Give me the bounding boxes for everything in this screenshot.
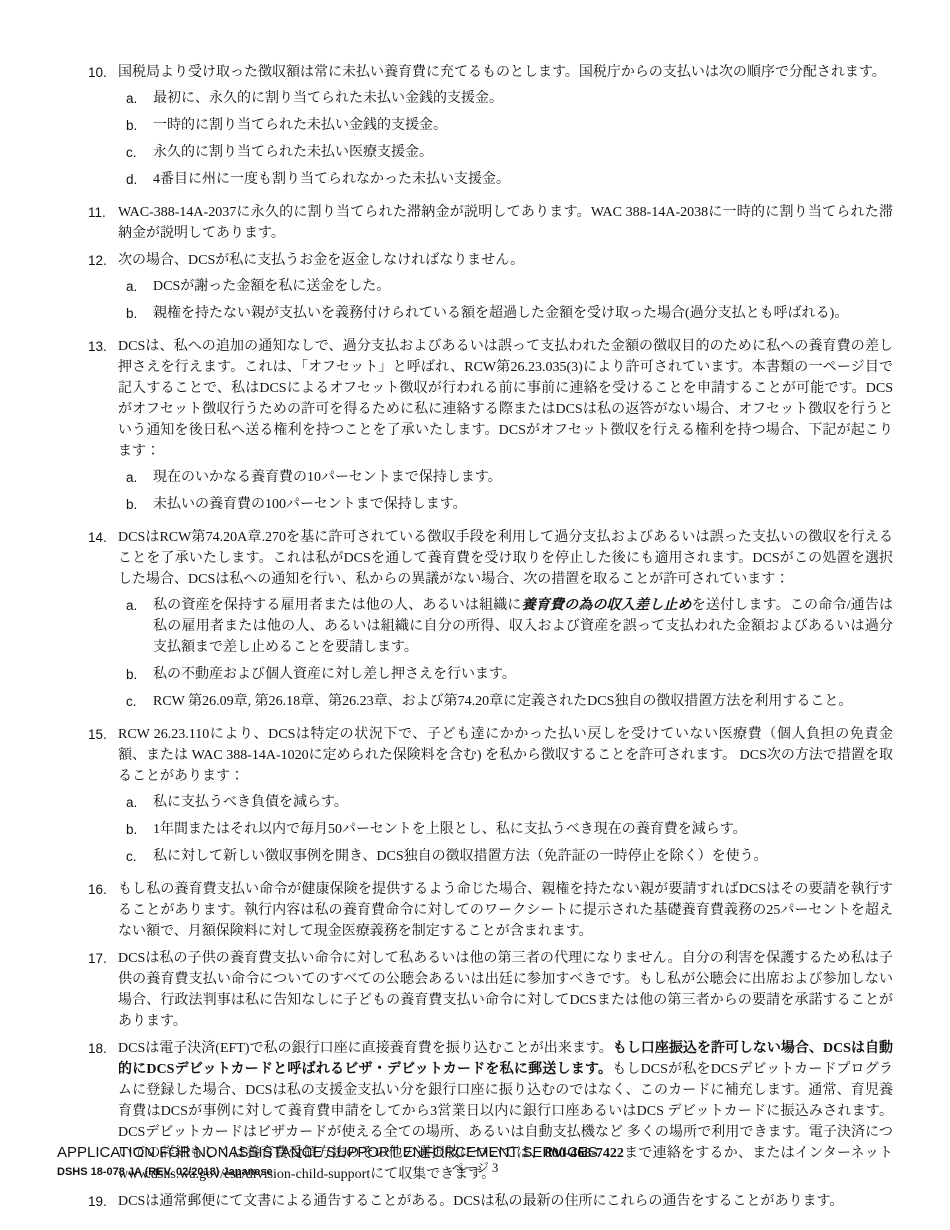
sub-item: c.永久的に割り当てられた未払い医療支援金。: [126, 142, 893, 163]
sub-item: b.私の不動産および個人資産に対し差し押さえを行います。: [126, 664, 893, 685]
sub-letter: d.: [126, 169, 153, 190]
item-text: 次の場合、DCSが私に支払うお金を返金しなければなりません。: [118, 250, 893, 271]
sub-text: 私の不動産および個人資産に対し差し押さえを行います。: [153, 664, 893, 685]
form-title: APPLICATION FOR NONASSISTANCE SUPPORT EN…: [57, 1144, 893, 1161]
item-text: DCSはRCW第74.20A章.270を基に許可されている徴収手段を利用して過分…: [118, 527, 893, 590]
item-body: RCW 26.23.110により、DCSは特定の状況下で、子ども達にかかった払い…: [118, 724, 893, 873]
sub-item: c.私に対して新しい徴収事例を開き、DCS独自の徴収措置方法（免許証の一時停止を…: [126, 846, 893, 867]
sub-item: b.未払いの養育費の100パーセントまで保持します。: [126, 494, 893, 515]
sub-text: 私に対して新しい徴収事例を開き、DCS独自の徴収措置方法（免許証の一時停止を除く…: [153, 846, 893, 867]
list-item-17: 17. DCSは私の子供の養育費支払い命令に対して私あるいは他の第三者の代理にな…: [88, 948, 893, 1032]
sub-text-segment: 私の資産を保持する雇用者または他の人、あるいは組織に: [153, 598, 522, 613]
sub-letter: b.: [126, 494, 153, 515]
sub-letter: c.: [126, 846, 153, 867]
sub-item: b.親権を持たない親が支払いを義務付けられている額を超過した金額を受け取った場合…: [126, 303, 893, 324]
item-text: もし私の養育費支払い命令が健康保険を提供するよう命じた場合、親権を持たない親が要…: [118, 879, 893, 942]
sub-letter: a.: [126, 88, 153, 109]
sub-item: a.私の資産を保持する雇用者または他の人、あるいは組織に養育費の為の収入差し止め…: [126, 595, 893, 658]
page-footer: APPLICATION FOR NONASSISTANCE SUPPORT EN…: [57, 1144, 893, 1177]
item-number: 13.: [88, 336, 118, 521]
sub-item: b.1年間またはそれ以内で毎月50パーセントを上限とし、私に支払うべき現在の養育…: [126, 819, 893, 840]
sub-item: c.RCW 第26.09章, 第26.18章、第26.23章、および第74.20…: [126, 691, 893, 712]
item-text: DCSは通常郵便にて文書による通告することがある。DCSは私の最新の住所にこれら…: [118, 1191, 893, 1212]
form-id: DSHS 18-078 JA (REV. 02/2018) Japanese: [57, 1166, 273, 1178]
sub-letter: b.: [126, 303, 153, 324]
sub-item: a.DCSが謝った金額を私に送金をした。: [126, 276, 893, 297]
numbered-list: 10. 国税局より受け取った徴収額は常に未払い養育費に充てるものとします。国税庁…: [0, 0, 950, 1212]
sub-letter: c.: [126, 142, 153, 163]
sub-letter: b.: [126, 819, 153, 840]
item-text: RCW 26.23.110により、DCSは特定の状況下で、子ども達にかかった払い…: [118, 724, 893, 787]
item-body: DCSは、私への追加の通知なしで、過分支払およびあるいは誤って支払われた金額の徴…: [118, 336, 893, 521]
sub-text: 最初に、永久的に割り当てられた未払い金銭的支援金。: [153, 88, 893, 109]
sub-item: d.4番目に州に一度も割り当てられなかった未払い支援金。: [126, 169, 893, 190]
sub-text: DCSが謝った金額を私に送金をした。: [153, 276, 893, 297]
list-item-15: 15. RCW 26.23.110により、DCSは特定の状況下で、子ども達にかか…: [88, 724, 893, 873]
item-number: 17.: [88, 948, 118, 1032]
sub-text: 4番目に州に一度も割り当てられなかった未払い支援金。: [153, 169, 893, 190]
item-body: もし私の養育費支払い命令が健康保険を提供するよう命じた場合、親権を持たない親が要…: [118, 879, 893, 942]
list-item-19: 19. DCSは通常郵便にて文書による通告することがある。DCSは私の最新の住所…: [88, 1191, 893, 1212]
item-number: 10.: [88, 62, 118, 196]
item-number: 15.: [88, 724, 118, 873]
emphasized-term: 養育費の為の収入差し止め: [522, 598, 692, 613]
list-item-13: 13. DCSは、私への追加の通知なしで、過分支払およびあるいは誤って支払われた…: [88, 336, 893, 521]
item-body: 次の場合、DCSが私に支払うお金を返金しなければなりません。 a.DCSが謝った…: [118, 250, 893, 330]
sub-letter: a.: [126, 467, 153, 488]
list-item-12: 12. 次の場合、DCSが私に支払うお金を返金しなければなりません。 a.DCS…: [88, 250, 893, 330]
item-number: 16.: [88, 879, 118, 942]
sub-item: a.私に支払うべき負債を減らす。: [126, 792, 893, 813]
item-body: DCSは私の子供の養育費支払い命令に対して私あるいは他の第三者の代理になりません…: [118, 948, 893, 1032]
sub-text: 一時的に割り当てられた未払い金銭的支援金。: [153, 115, 893, 136]
sub-text: RCW 第26.09章, 第26.18章、第26.23章、および第74.20章に…: [153, 691, 893, 712]
sub-text: 親権を持たない親が支払いを義務付けられている額を超過した金額を受け取った場合(過…: [153, 303, 893, 324]
sub-list: a.私に支払うべき負債を減らす。 b.1年間またはそれ以内で毎月50パーセントを…: [126, 792, 893, 867]
sub-text: 未払いの養育費の100パーセントまで保持します。: [153, 494, 893, 515]
item-body: DCSは通常郵便にて文書による通告することがある。DCSは私の最新の住所にこれら…: [118, 1191, 893, 1212]
item-body: DCSはRCW第74.20A章.270を基に許可されている徴収手段を利用して過分…: [118, 527, 893, 718]
item-number: 12.: [88, 250, 118, 330]
sub-list: a.私の資産を保持する雇用者または他の人、あるいは組織に養育費の為の収入差し止め…: [126, 595, 893, 712]
item-number: 14.: [88, 527, 118, 718]
list-item-16: 16. もし私の養育費支払い命令が健康保険を提供するよう命じた場合、親権を持たな…: [88, 879, 893, 942]
list-item-10: 10. 国税局より受け取った徴収額は常に未払い養育費に充てるものとします。国税庁…: [88, 62, 893, 196]
item-number: 19.: [88, 1191, 118, 1212]
sub-item: b.一時的に割り当てられた未払い金銭的支援金。: [126, 115, 893, 136]
sub-text: 永久的に割り当てられた未払い医療支援金。: [153, 142, 893, 163]
list-item-14: 14. DCSはRCW第74.20A章.270を基に許可されている徴収手段を利用…: [88, 527, 893, 718]
sub-letter: a.: [126, 595, 153, 658]
sub-text: 私に支払うべき負債を減らす。: [153, 792, 893, 813]
item-number: 11.: [88, 202, 118, 244]
item-text: DCSは、私への追加の通知なしで、過分支払およびあるいは誤って支払われた金額の徴…: [118, 336, 893, 462]
sub-letter: a.: [126, 792, 153, 813]
footer-row: DSHS 18-078 JA (REV. 02/2018) Japanese ペ…: [57, 1161, 893, 1177]
sub-item: a.最初に、永久的に割り当てられた未払い金銭的支援金。: [126, 88, 893, 109]
sub-item: a.現在のいかなる養育費の10パーセントまで保持します。: [126, 467, 893, 488]
item-text-segment: DCSは電子決済(EFT)で私の銀行口座に直接養育費を振り込むことが出来ます。: [118, 1041, 613, 1056]
page-number: ページ 3: [452, 1161, 499, 1176]
sub-letter: c.: [126, 691, 153, 712]
list-item-11: 11. WAC-388-14A-2037に永久的に割り当てられた滞納金が説明して…: [88, 202, 893, 244]
sub-list: a.現在のいかなる養育費の10パーセントまで保持します。 b.未払いの養育費の1…: [126, 467, 893, 515]
sub-list: a.DCSが謝った金額を私に送金をした。 b.親権を持たない親が支払いを義務付け…: [126, 276, 893, 324]
sub-letter: a.: [126, 276, 153, 297]
sub-letter: b.: [126, 115, 153, 136]
item-text: DCSは私の子供の養育費支払い命令に対して私あるいは他の第三者の代理になりません…: [118, 948, 893, 1032]
item-text: 国税局より受け取った徴収額は常に未払い養育費に充てるものとします。国税庁からの支…: [118, 62, 893, 83]
document-page: 10. 国税局より受け取った徴収額は常に未払い養育費に充てるものとします。国税庁…: [0, 0, 950, 1230]
sub-text: 1年間またはそれ以内で毎月50パーセントを上限とし、私に支払うべき現在の養育費を…: [153, 819, 893, 840]
item-text: WAC-388-14A-2037に永久的に割り当てられた滞納金が説明してあります…: [118, 202, 893, 244]
sub-text: 現在のいかなる養育費の10パーセントまで保持します。: [153, 467, 893, 488]
item-body: WAC-388-14A-2037に永久的に割り当てられた滞納金が説明してあります…: [118, 202, 893, 244]
sub-text: 私の資産を保持する雇用者または他の人、あるいは組織に養育費の為の収入差し止めを送…: [153, 595, 893, 658]
item-body: 国税局より受け取った徴収額は常に未払い養育費に充てるものとします。国税庁からの支…: [118, 62, 893, 196]
sub-list: a.最初に、永久的に割り当てられた未払い金銭的支援金。 b.一時的に割り当てられ…: [126, 88, 893, 190]
sub-letter: b.: [126, 664, 153, 685]
